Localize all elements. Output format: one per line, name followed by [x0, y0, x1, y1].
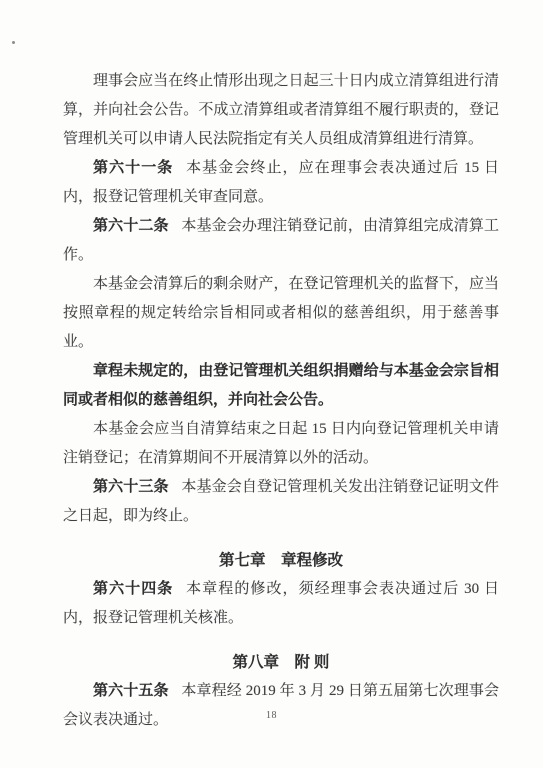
paragraph: 本基金会清算后的剩余财产，在登记管理机关的监督下，应当按照章程的规定转给宗旨相同…: [63, 270, 499, 357]
paragraph: 理事会应当在终止情形出现之日起三十日内成立清算组进行清算，并向社会公告。不成立清…: [63, 67, 499, 154]
paragraph: 章程未规定的，由登记管理机关组织捐赠给与本基金会宗旨相同或者相似的慈善组织，并向…: [63, 357, 499, 415]
paragraph: 本基金会应当自清算结束之日起 15 日内向登记管理机关申请注销登记；在清算期间不…: [63, 415, 499, 473]
document-body: 理事会应当在终止情形出现之日起三十日内成立清算组进行清算，并向社会公告。不成立清…: [63, 67, 499, 735]
page-footer: 18: [0, 710, 543, 721]
article-number: 第六十五条: [93, 683, 181, 699]
paragraph: 第六十五条本章程经 2019 年 3 月 29 日第五届第七次理事会会议表决通过…: [63, 677, 499, 735]
article-number: 第六十四条: [93, 581, 186, 597]
article-number: 第六十二条: [93, 218, 181, 234]
article-number: 第六十一条: [93, 160, 186, 176]
paragraph: 第六十三条本基金会自登记管理机关发出注销登记证明文件之日起，即为终止。: [63, 473, 499, 531]
scan-speck: [12, 41, 15, 44]
paragraph: 第六十一条本基金会终止，应在理事会表决通过后 15 日内，报登记管理机关审查同意…: [63, 154, 499, 212]
paragraph: 第六十四条本章程的修改，须经理事会表决通过后 30 日内，报登记管理机关核准。: [63, 575, 499, 633]
article-number: 第六十三条: [93, 479, 181, 495]
paragraph: 第六十二条本基金会办理注销登记前，由清算组完成清算工作。: [63, 212, 499, 270]
chapter-heading: 第八章 附 则: [63, 648, 499, 677]
document-page: 理事会应当在终止情形出现之日起三十日内成立清算组进行清算，并向社会公告。不成立清…: [0, 0, 543, 768]
page-number: 18: [266, 710, 277, 721]
chapter-heading: 第七章 章程修改: [63, 546, 499, 575]
